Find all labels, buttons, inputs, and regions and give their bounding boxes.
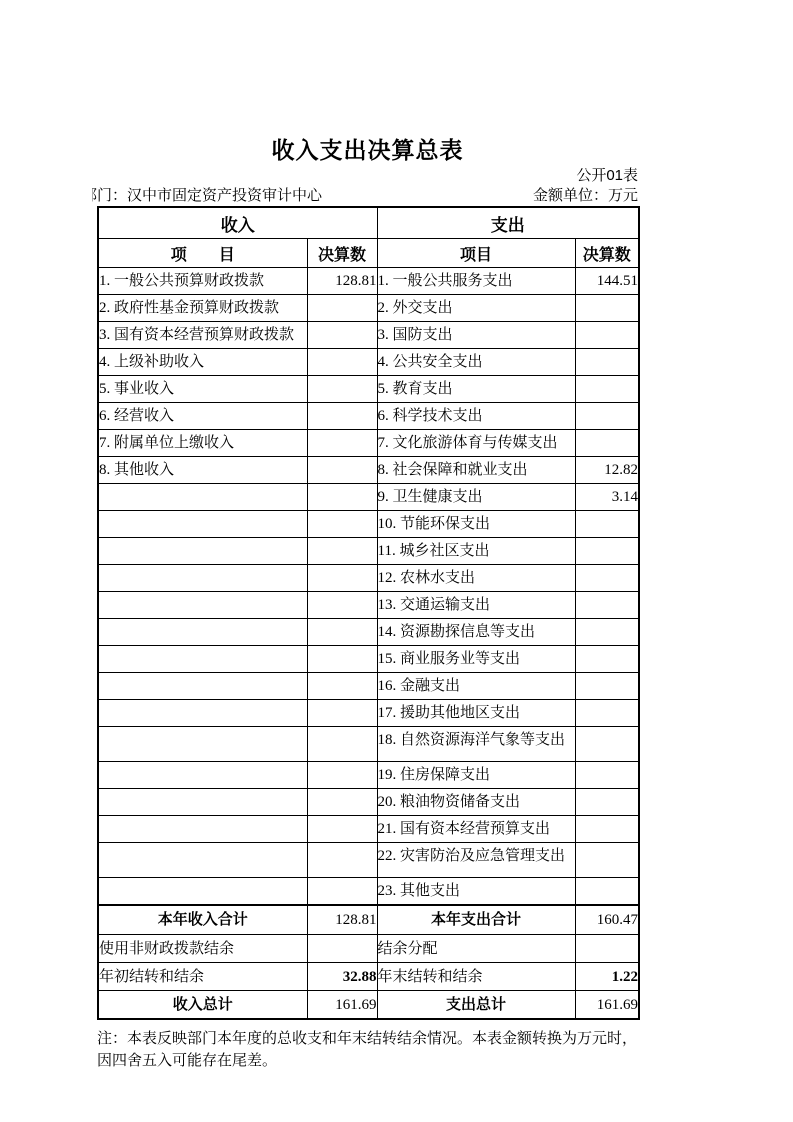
income-value-cell (307, 619, 377, 646)
expense-item-header: 项目 (377, 239, 575, 268)
table-row: 23. 其他支出 (98, 878, 639, 906)
expense-item-cell: 16. 金融支出 (377, 673, 575, 700)
expense-value-cell (575, 403, 639, 430)
expense-value-cell (575, 816, 639, 843)
department-label: 部门：汉中市固定资产投资审计中心 (92, 186, 322, 206)
expense-item-cell: 20. 粮油物资储备支出 (377, 789, 575, 816)
expense-summary-label: 结余分配 (377, 935, 575, 963)
expense-item-cell: 10. 节能环保支出 (377, 511, 575, 538)
income-value-cell (307, 403, 377, 430)
income-item-cell: 3. 国有资本经营预算财政拨款 (98, 322, 307, 349)
expense-item-cell: 1. 一般公共服务支出 (377, 268, 575, 295)
page-title: 收入支出决算总表 (97, 136, 638, 166)
table-row: 12. 农林水支出 (98, 565, 639, 592)
expense-item-cell: 4. 公共安全支出 (377, 349, 575, 376)
income-value-cell (307, 484, 377, 511)
income-item-cell (98, 565, 307, 592)
expense-item-cell: 21. 国有资本经营预算支出 (377, 816, 575, 843)
table-row: 1. 一般公共预算财政拨款128.811. 一般公共服务支出144.51 (98, 268, 639, 295)
table-row: 2. 政府性基金预算财政拨款2. 外交支出 (98, 295, 639, 322)
income-value-cell (307, 511, 377, 538)
expense-item-cell: 3. 国防支出 (377, 322, 575, 349)
expense-value-cell (575, 789, 639, 816)
table-row: 11. 城乡社区支出 (98, 538, 639, 565)
table-row: 18. 自然资源海洋气象等支出 (98, 727, 639, 762)
summary-row: 年初结转和结余32.88年末结转和结余1.22 (98, 963, 639, 991)
expense-item-cell: 18. 自然资源海洋气象等支出 (377, 727, 575, 762)
expense-item-cell: 11. 城乡社区支出 (377, 538, 575, 565)
income-value-cell: 128.81 (307, 268, 377, 295)
expense-summary-value: 1.22 (575, 963, 639, 991)
income-summary-label: 收入总计 (98, 991, 307, 1020)
income-item-cell (98, 727, 307, 762)
income-item-cell (98, 673, 307, 700)
income-item-cell (98, 843, 307, 878)
income-value-cell (307, 700, 377, 727)
income-value-cell (307, 349, 377, 376)
income-item-cell (98, 816, 307, 843)
table-row: 4. 上级补助收入4. 公共安全支出 (98, 349, 639, 376)
expense-value-cell (575, 592, 639, 619)
meta-row: 部门：汉中市固定资产投资审计中心 金额单位：万元 (97, 186, 638, 206)
table-row: 10. 节能环保支出 (98, 511, 639, 538)
table-row: 20. 粮油物资储备支出 (98, 789, 639, 816)
income-value-cell (307, 727, 377, 762)
table-code: 公开01表 (97, 166, 638, 186)
income-item-cell (98, 511, 307, 538)
table-row: 22. 灾害防治及应急管理支出 (98, 843, 639, 878)
expense-value-cell (575, 843, 639, 878)
expense-value-cell: 12.82 (575, 457, 639, 484)
footnote-line-2: 因四舍五入可能存在尾差。 (97, 1050, 638, 1072)
expense-value-cell (575, 322, 639, 349)
income-summary-value: 128.81 (307, 905, 377, 935)
income-section-header: 收入 (98, 207, 377, 239)
expense-value-cell: 144.51 (575, 268, 639, 295)
income-item-cell (98, 538, 307, 565)
expense-value-cell (575, 565, 639, 592)
income-value-cell (307, 673, 377, 700)
income-item-cell (98, 762, 307, 789)
expense-item-cell: 19. 住房保障支出 (377, 762, 575, 789)
income-item-header: 项 目 (98, 239, 307, 268)
income-value-cell (307, 789, 377, 816)
section-header-row: 收入 支出 (98, 207, 639, 239)
expense-item-cell: 9. 卫生健康支出 (377, 484, 575, 511)
expense-item-cell: 14. 资源勘探信息等支出 (377, 619, 575, 646)
income-item-cell: 7. 附属单位上缴收入 (98, 430, 307, 457)
income-value-cell (307, 762, 377, 789)
footnote: 注：本表反映部门本年度的总收支和年末结转结余情况。本表金额转换为万元时， 因四舍… (97, 1028, 638, 1072)
expense-item-cell: 12. 农林水支出 (377, 565, 575, 592)
income-item-cell (98, 619, 307, 646)
income-item-cell: 5. 事业收入 (98, 376, 307, 403)
table-row: 13. 交通运输支出 (98, 592, 639, 619)
income-summary-label: 年初结转和结余 (98, 963, 307, 991)
table-row: 8. 其他收入8. 社会保障和就业支出12.82 (98, 457, 639, 484)
income-item-cell (98, 646, 307, 673)
unit-label: 金额单位：万元 (533, 186, 638, 206)
expense-item-cell: 23. 其他支出 (377, 878, 575, 906)
income-summary-label: 使用非财政拨款结余 (98, 935, 307, 963)
income-item-cell (98, 700, 307, 727)
expense-value-header: 决算数 (575, 239, 639, 268)
table-row: 3. 国有资本经营预算财政拨款3. 国防支出 (98, 322, 639, 349)
expense-item-cell: 17. 援助其他地区支出 (377, 700, 575, 727)
income-value-cell (307, 376, 377, 403)
summary-row: 收入总计161.69支出总计161.69 (98, 991, 639, 1020)
expense-item-cell: 8. 社会保障和就业支出 (377, 457, 575, 484)
expense-value-cell (575, 511, 639, 538)
income-value-cell (307, 592, 377, 619)
income-item-cell: 2. 政府性基金预算财政拨款 (98, 295, 307, 322)
expense-item-cell: 13. 交通运输支出 (377, 592, 575, 619)
income-summary-label: 本年收入合计 (98, 905, 307, 935)
income-value-cell (307, 646, 377, 673)
income-summary-value: 161.69 (307, 991, 377, 1020)
expense-item-cell: 2. 外交支出 (377, 295, 575, 322)
table-row: 7. 附属单位上缴收入7. 文化旅游体育与传媒支出 (98, 430, 639, 457)
income-value-cell (307, 295, 377, 322)
expense-summary-label: 支出总计 (377, 991, 575, 1020)
expense-value-cell (575, 646, 639, 673)
table-row: 17. 援助其他地区支出 (98, 700, 639, 727)
income-summary-value: 32.88 (307, 963, 377, 991)
expense-summary-label: 本年支出合计 (377, 905, 575, 935)
income-item-cell (98, 484, 307, 511)
income-value-header: 决算数 (307, 239, 377, 268)
expense-value-cell (575, 349, 639, 376)
table-row: 15. 商业服务业等支出 (98, 646, 639, 673)
expense-value-cell (575, 762, 639, 789)
income-value-cell (307, 565, 377, 592)
table-row: 14. 资源勘探信息等支出 (98, 619, 639, 646)
expense-summary-value: 161.69 (575, 991, 639, 1020)
income-item-cell (98, 878, 307, 906)
summary-row: 本年收入合计128.81本年支出合计160.47 (98, 905, 639, 935)
income-item-cell: 8. 其他收入 (98, 457, 307, 484)
expense-value-cell (575, 619, 639, 646)
income-item-cell (98, 592, 307, 619)
expense-value-cell: 3.14 (575, 484, 639, 511)
income-value-cell (307, 457, 377, 484)
footnote-line-1: 注：本表反映部门本年度的总收支和年末结转结余情况。本表金额转换为万元时， (97, 1028, 638, 1050)
expense-value-cell (575, 700, 639, 727)
income-value-cell (307, 816, 377, 843)
expense-section-header: 支出 (377, 207, 639, 239)
income-value-cell (307, 538, 377, 565)
expense-value-cell (575, 727, 639, 762)
expense-summary-label: 年末结转和结余 (377, 963, 575, 991)
expense-value-cell (575, 673, 639, 700)
expense-item-cell: 5. 教育支出 (377, 376, 575, 403)
table-row: 9. 卫生健康支出3.14 (98, 484, 639, 511)
summary-row: 使用非财政拨款结余结余分配 (98, 935, 639, 963)
expense-value-cell (575, 430, 639, 457)
table-row: 16. 金融支出 (98, 673, 639, 700)
column-header-row: 项 目 决算数 项目 决算数 (98, 239, 639, 268)
table-row: 21. 国有资本经营预算支出 (98, 816, 639, 843)
expense-value-cell (575, 878, 639, 906)
department-label-text: 门：汉中市固定资产投资审计中心 (97, 187, 322, 204)
income-item-cell: 4. 上级补助收入 (98, 349, 307, 376)
income-item-cell: 1. 一般公共预算财政拨款 (98, 268, 307, 295)
income-item-cell (98, 789, 307, 816)
expense-value-cell (575, 376, 639, 403)
income-value-cell (307, 878, 377, 906)
income-summary-value (307, 935, 377, 963)
expense-item-cell: 15. 商业服务业等支出 (377, 646, 575, 673)
budget-summary-table: 收入 支出 项 目 决算数 项目 决算数 1. 一般公共预算财政拨款128.81… (97, 206, 640, 1020)
document-page: 收入支出决算总表 公开01表 部门：汉中市固定资产投资审计中心 金额单位：万元 … (97, 136, 638, 1072)
expense-item-cell: 6. 科学技术支出 (377, 403, 575, 430)
expense-value-cell (575, 295, 639, 322)
table-row: 19. 住房保障支出 (98, 762, 639, 789)
expense-item-cell: 22. 灾害防治及应急管理支出 (377, 843, 575, 878)
expense-item-cell: 7. 文化旅游体育与传媒支出 (377, 430, 575, 457)
table-row: 6. 经营收入6. 科学技术支出 (98, 403, 639, 430)
expense-summary-value (575, 935, 639, 963)
income-item-cell: 6. 经营收入 (98, 403, 307, 430)
table-row: 5. 事业收入5. 教育支出 (98, 376, 639, 403)
income-value-cell (307, 430, 377, 457)
expense-summary-value: 160.47 (575, 905, 639, 935)
expense-value-cell (575, 538, 639, 565)
income-value-cell (307, 843, 377, 878)
income-value-cell (307, 322, 377, 349)
